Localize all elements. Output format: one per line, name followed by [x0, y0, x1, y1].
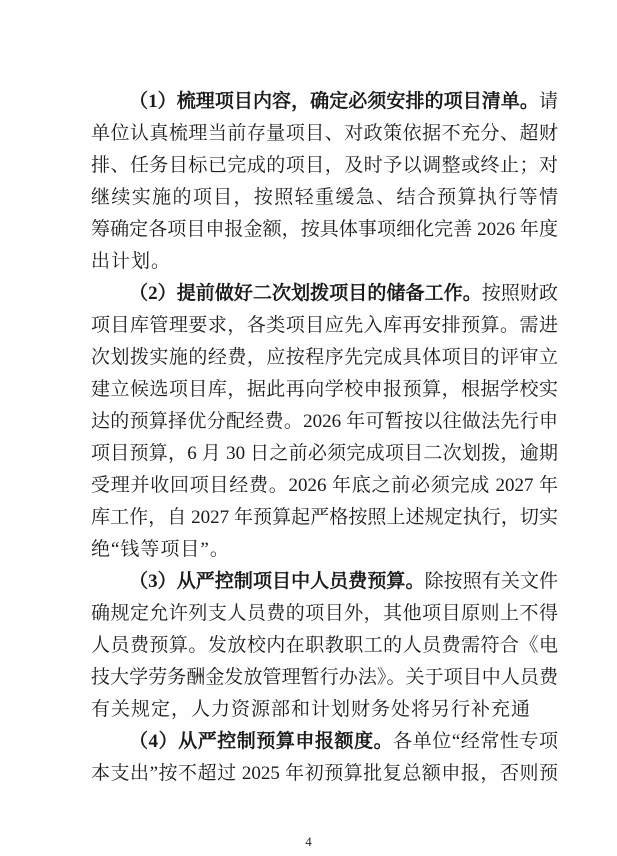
text-line: 本支出”按不超过 2025 年初预算批复总额申报，否则预算	[91, 758, 558, 790]
text-line: 达的预算择优分配经费。2026 年可暂按以往做法先行申报总	[91, 406, 558, 438]
paragraph-text: 项目预算，6 月 30 日之前必须完成项目二次划拨，逾期不再	[91, 443, 558, 470]
paragraph-heading: （3）从严控制项目中人员费预算。	[129, 571, 425, 592]
paragraph-text: 绝“钱等项目”。	[91, 539, 230, 560]
text-line: 技大学劳务酬金发放管理暂行办法》。关于项目中人员费的	[91, 662, 558, 694]
paragraph-text: 有关规定，人力资源部和计划财务处将另行补充通知。	[91, 699, 531, 726]
document-body-text: （1）梳理项目内容，确定必须安排的项目清单。请各单位认真梳理当前存量项目、对政策…	[91, 86, 558, 790]
text-line: 建立候选项目库，据此再向学校申报预算，根据学校实际下	[91, 374, 558, 406]
text-line: 单位认真梳理当前存量项目、对政策依据不充分、超财力安	[91, 118, 558, 150]
text-line: 受理并收回项目经费。2026 年底之前必须完成 2027 年项目	[91, 470, 558, 502]
text-line: （1）梳理项目内容，确定必须安排的项目清单。请各	[91, 86, 558, 118]
text-line: 次划拨实施的经费，应按程序先完成具体项目的评审立项，	[91, 342, 558, 374]
text-line: （3）从严控制项目中人员费预算。除按照有关文件明	[91, 566, 558, 598]
paragraph-text: 达的预算择优分配经费。2026 年可暂按以往做法先行申报总	[91, 411, 558, 438]
paragraph-heading: （2）提前做好二次划拨项目的储备工作。	[129, 283, 482, 304]
text-line: 出计划。	[91, 246, 558, 278]
text-line: （4）从严控制预算申报额度。各单位“经常性专项+基	[91, 726, 558, 758]
paragraph-text: 单位认真梳理当前存量项目、对政策依据不充分、超财力安	[91, 123, 558, 150]
paragraph-text: 确规定允许列支人员费的项目外，其他项目原则上不得编制	[91, 603, 558, 630]
paragraph-text: 技大学劳务酬金发放管理暂行办法》。关于项目中人员费的	[91, 667, 558, 694]
text-line: 继续实施的项目，按照轻重缓急、结合预算执行等情况，统	[91, 182, 558, 214]
paragraph-text: 继续实施的项目，按照轻重缓急、结合预算执行等情况，统	[91, 187, 558, 214]
paragraph-text: 库工作，自 2027 年预算起严格按照上述规定执行，切实杜	[91, 507, 558, 534]
paragraph-text: 建立候选项目库，据此再向学校申报预算，根据学校实际下	[91, 379, 558, 406]
paragraph-text: 人员费预算。发放校内在职教职工的人员费需符合《电子科	[91, 635, 558, 662]
text-line: 项目库管理要求，各类项目应先入库再安排预算。需进行二	[91, 310, 558, 342]
paragraph-text: 筹确定各项目申报金额，按具体事项细化完善 2026 年度支	[91, 219, 558, 246]
paragraph-heading: （1）梳理项目内容，确定必须安排的项目清单。	[129, 91, 539, 112]
text-line: 筹确定各项目申报金额，按具体事项细化完善 2026 年度支	[91, 214, 558, 246]
text-line: 有关规定，人力资源部和计划财务处将另行补充通知。	[91, 694, 558, 726]
paragraph-text: 排、任务目标已完成的项目，及时予以调整或终止；对必须	[91, 155, 558, 182]
page-number: 4	[0, 834, 617, 850]
text-line: 库工作，自 2027 年预算起严格按照上述规定执行，切实杜	[91, 502, 558, 534]
paragraph-heading: （4）从严控制预算申报额度。	[129, 731, 393, 752]
paragraph-text: 次划拨实施的经费，应按程序先完成具体项目的评审立项，	[91, 347, 558, 374]
paragraph-text: 出计划。	[91, 251, 171, 272]
text-line: 人员费预算。发放校内在职教职工的人员费需符合《电子科	[91, 630, 558, 662]
document-page: （1）梳理项目内容，确定必须安排的项目清单。请各单位认真梳理当前存量项目、对政策…	[0, 0, 617, 856]
text-line: 项目预算，6 月 30 日之前必须完成项目二次划拨，逾期不再	[91, 438, 558, 470]
paragraph-text: 本支出”按不超过 2025 年初预算批复总额申报，否则预算	[91, 763, 558, 790]
text-line: （2）提前做好二次划拨项目的储备工作。按照财政部	[91, 278, 558, 310]
paragraph-text: 项目库管理要求，各类项目应先入库再安排预算。需进行二	[91, 315, 558, 342]
paragraph-text: 受理并收回项目经费。2026 年底之前必须完成 2027 年项目	[91, 475, 558, 502]
text-line: 确规定允许列支人员费的项目外，其他项目原则上不得编制	[91, 598, 558, 630]
text-line: 绝“钱等项目”。	[91, 534, 558, 566]
text-line: 排、任务目标已完成的项目，及时予以调整或终止；对必须	[91, 150, 558, 182]
